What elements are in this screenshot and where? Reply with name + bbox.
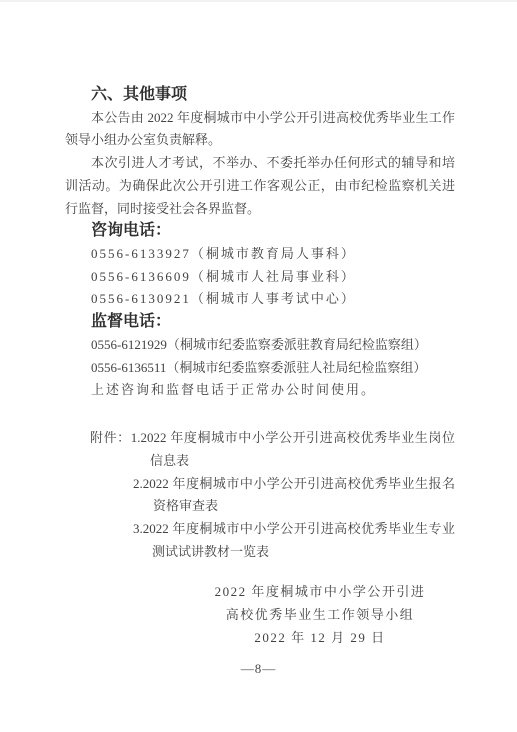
document-page: 六、其他事项 本公告由 2022 年度桐城市中小学公开引进高校优秀毕业生工作 领…: [0, 0, 517, 732]
signature-line: 2022 年度桐城市中小学公开引进: [200, 581, 440, 604]
attachment-number: 1.: [131, 430, 141, 445]
paragraph-line: 行监督，同时接受社会各界监督。: [65, 198, 455, 221]
paragraph-line: 领导小组办公室负责解释。: [65, 129, 455, 152]
supervise-phone-line: 0556-6136511（桐城市纪委监察委派驻人社局纪检监察组）: [65, 357, 455, 380]
supervise-phone-line: 0556-6121929（桐城市纪委监察委派驻教育局纪检监察组）: [65, 334, 455, 357]
signature-block: 2022 年度桐城市中小学公开引进 高校优秀毕业生工作领导小组 2022 年 1…: [200, 581, 440, 649]
supervise-phones-label: 监督电话：: [65, 311, 455, 334]
attachment-number: 2.: [133, 476, 143, 491]
signature-line: 高校优秀毕业生工作领导小组: [200, 604, 440, 627]
document-content: 六、其他事项 本公告由 2022 年度桐城市中小学公开引进高校优秀毕业生工作 领…: [65, 84, 455, 650]
attachment-item-line: 3.2022 年度桐城市中小学公开引进高校优秀毕业生专业: [65, 518, 455, 541]
paragraph-line: 本次引进人才考试，不举办、不委托举办任何形式的辅导和培: [65, 152, 455, 175]
consult-phones-label: 咨询电话：: [65, 220, 455, 243]
attachment-item-line: 2.2022 年度桐城市中小学公开引进高校优秀毕业生报名: [65, 473, 455, 496]
attachment-title: 2022 年度桐城市中小学公开引进高校优秀毕业生专业: [143, 521, 455, 536]
attachment-title: 2022 年度桐城市中小学公开引进高校优秀毕业生报名: [143, 476, 455, 491]
attachment-item-line: 信息表: [65, 450, 455, 473]
spacer: [65, 563, 455, 581]
page-number: —8—: [0, 661, 517, 677]
paragraph-line: 本公告由 2022 年度桐城市中小学公开引进高校优秀毕业生工作: [65, 107, 455, 130]
consult-phone-line: 0556-6133927（桐城市教育局人事科）: [65, 243, 455, 266]
consult-phone-line: 0556-6130921（桐城市人事考试中心）: [65, 288, 455, 311]
spacer: [65, 402, 455, 427]
attachment-item-line: 测试试讲教材一览表: [65, 541, 455, 564]
paragraph-line: 训活动。为确保此次公开引进工作客观公正，由市纪检监察机关进: [65, 175, 455, 198]
attachment-item-line: 附件：1.2022 年度桐城市中小学公开引进高校优秀毕业生岗位: [65, 427, 455, 450]
scan-edge-artifact: [0, 0, 517, 2]
attachment-item-line: 资格审查表: [65, 495, 455, 518]
section-heading: 六、其他事项: [65, 84, 455, 107]
signature-date: 2022 年 12 月 29 日: [200, 627, 440, 650]
attachments-label: 附件：: [90, 430, 131, 445]
phones-usage-note: 上述咨询和监督电话于正常办公时间使用。: [65, 379, 455, 402]
attachment-title: 2022 年度桐城市中小学公开引进高校优秀毕业生岗位: [141, 430, 455, 445]
consult-phone-line: 0556-6136609（桐城市人社局事业科）: [65, 266, 455, 289]
attachment-number: 3.: [133, 521, 143, 536]
